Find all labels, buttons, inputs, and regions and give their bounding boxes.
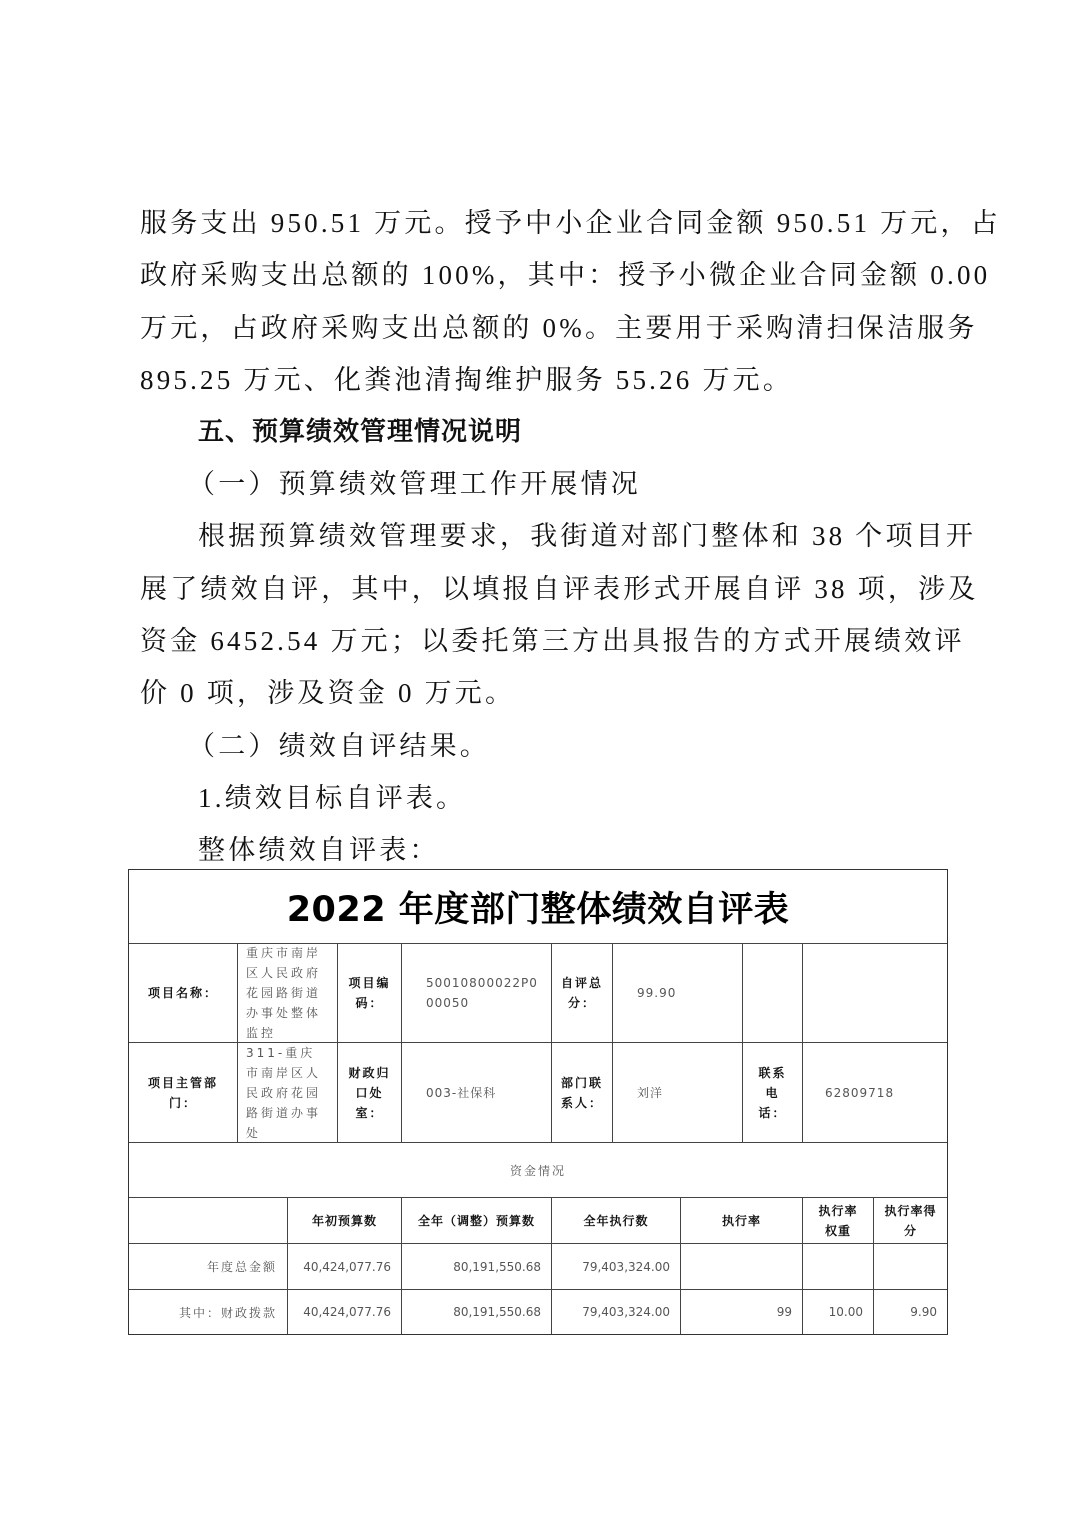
paragraph-line: 万元，占政府采购支出总额的 0%。主要用于采购清扫保洁服务 (140, 313, 940, 343)
contact-label: 部门联系人： (552, 1043, 613, 1143)
funds-header-executed: 全年执行数 (552, 1198, 681, 1244)
funds-header-empty (129, 1198, 288, 1244)
dept-value: 311-重庆市南岸区人民政府花园路街道办事处 (238, 1043, 338, 1143)
table-intro: 整体绩效自评表： (198, 835, 998, 865)
paragraph-line: 根据预算绩效管理要求，我街道对部门整体和 38 个项目开 (198, 521, 998, 551)
paragraph-line: 895.25 万元、化粪池清掏维护服务 55.26 万元。 (140, 365, 940, 395)
project-name-value: 重庆市南岸区人民政府花园路街道办事处整体监控 (238, 943, 338, 1043)
paragraph-line: 资金 6452.54 万元；以委托第三方出具报告的方式开展绩效评 (140, 626, 940, 656)
funds-row-score: 9.90 (874, 1290, 947, 1334)
funds-header-adjusted: 全年（调整）预算数 (402, 1198, 552, 1244)
funds-row-executed: 79,403,324.00 (552, 1244, 681, 1290)
finance-office-value: 003-社保科 (402, 1043, 552, 1143)
empty-cell (743, 943, 803, 1043)
paragraph-line: 政府采购支出总额的 100%，其中：授予小微企业合同金额 0.00 (140, 260, 940, 290)
paragraph-line: 服务支出 950.51 万元。授予中小企业合同金额 950.51 万元，占 (140, 208, 940, 238)
funds-header-weight: 执行率权重 (803, 1198, 874, 1244)
funds-row-executed: 79,403,324.00 (552, 1290, 681, 1334)
funds-header-rate: 执行率 (681, 1198, 803, 1244)
performance-self-evaluation-table: 2022 年度部门整体绩效自评表 项目名称： 重庆市南岸区人民政府花园路街道办事… (128, 869, 948, 1335)
funds-row-rate: 99 (681, 1290, 803, 1334)
sub-heading: （二）绩效自评结果。 (188, 731, 988, 761)
paragraph-line: 展了绩效自评，其中，以填报自评表形式开展自评 38 项，涉及 (140, 574, 940, 604)
funds-row-weight (803, 1244, 874, 1290)
contact-value: 刘洋 (613, 1043, 743, 1143)
funds-row-initial: 40,424,077.76 (288, 1244, 402, 1290)
table-title: 2022 年度部门整体绩效自评表 (129, 870, 947, 944)
self-score-value: 99.90 (613, 943, 743, 1043)
funds-row-weight: 10.00 (803, 1290, 874, 1334)
finance-office-label: 财政归口处室： (338, 1043, 402, 1143)
funds-row-adjusted: 80,191,550.68 (402, 1290, 552, 1334)
empty-cell (803, 943, 947, 1043)
list-item: 1.绩效目标自评表。 (198, 783, 998, 813)
project-name-label: 项目名称： (129, 943, 238, 1043)
dept-label: 项目主管部门： (129, 1043, 238, 1143)
phone-label: 联系电话： (743, 1043, 803, 1143)
funds-row-rate (681, 1244, 803, 1290)
paragraph-line: 价 0 项，涉及资金 0 万元。 (140, 678, 940, 708)
sub-heading: （一）预算绩效管理工作开展情况 (188, 469, 988, 499)
project-code-label: 项目编码： (338, 943, 402, 1043)
self-score-label: 自评总分： (552, 943, 613, 1043)
section-heading: 五、预算绩效管理情况说明 (198, 417, 998, 447)
funds-row-label: 年度总金额 (129, 1244, 288, 1290)
funds-header-initial: 年初预算数 (288, 1198, 402, 1244)
project-code-value: 50010800022P000050 (402, 943, 552, 1043)
funds-row-label: 其中：财政拨款 (129, 1290, 288, 1334)
funds-row-initial: 40,424,077.76 (288, 1290, 402, 1334)
funds-section-label: 资金情况 (129, 1143, 947, 1198)
phone-value: 62809718 (803, 1043, 947, 1143)
funds-row-adjusted: 80,191,550.68 (402, 1244, 552, 1290)
funds-row-score (874, 1244, 947, 1290)
funds-header-score: 执行率得分 (874, 1198, 947, 1244)
